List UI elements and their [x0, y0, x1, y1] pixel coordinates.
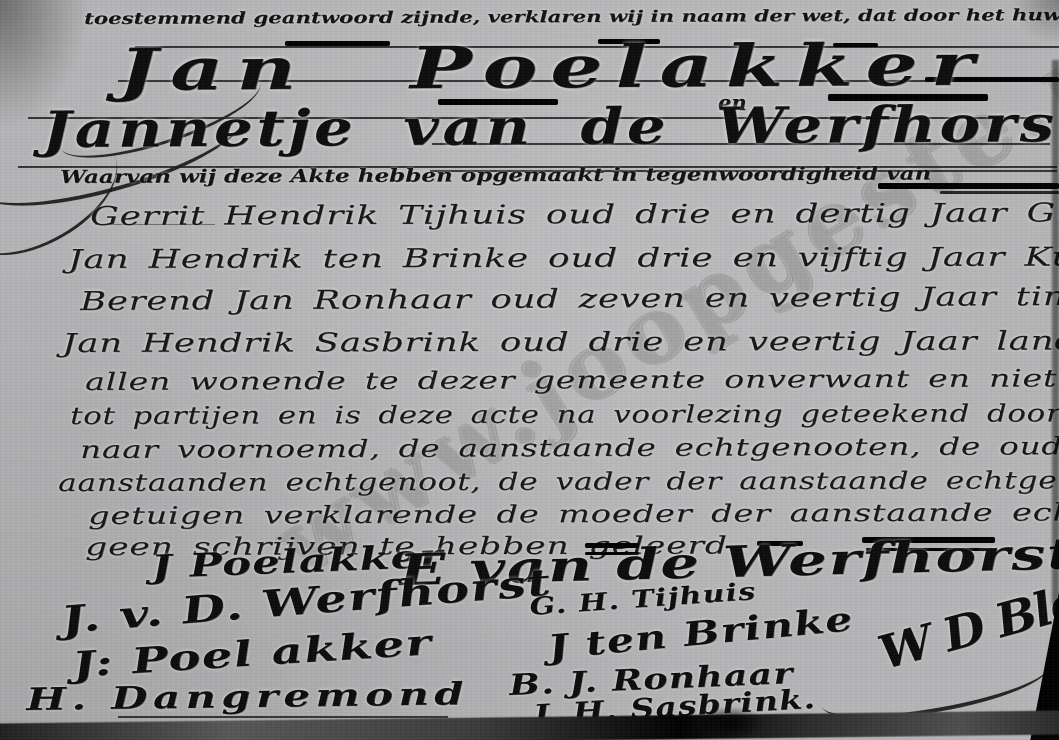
body-line: aanstaanden echtgenoot, de vader der aan…: [58, 466, 1059, 497]
marriage-certificate-scan: www.joopgeste.nl toestemmend geantwoord …: [0, 0, 1059, 740]
body-line: getuigen verklarende de moeder der aanst…: [88, 498, 1059, 530]
printed-formula-line1: toestemmend geantwoord zijnde, verklaren…: [84, 4, 1059, 28]
body-line: tot partijen en is deze acte na voorlezi…: [70, 399, 1059, 430]
body-line: Berend Jan Ronhaar oud zeven en veertig …: [80, 281, 1059, 317]
signature-h-dangremond: H. Dangremond: [26, 676, 469, 718]
body-line: Jan Hendrik Sasbrink oud drie en veertig…: [62, 326, 1059, 359]
body-line: Gerrit Hendrik Tijhuis oud drie en derti…: [90, 198, 1059, 232]
body-line: Jan Hendrik ten Brinke oud drie en vijft…: [68, 242, 1059, 275]
body-line: allen wonende te dezer gemeente onverwan…: [85, 363, 1059, 396]
bride-name: Jannetje van de Werfhorst: [42, 94, 1059, 159]
printed-formula-line2: Waarvan wij deze Akte hebben opgemaakt i…: [60, 163, 931, 188]
pen-fill-line: [878, 183, 1059, 189]
pen-fill-line: [940, 191, 1059, 194]
signature-underline: [118, 716, 448, 718]
body-line: naar voornoemd, de aanstaande echtgenoot…: [80, 431, 1059, 464]
